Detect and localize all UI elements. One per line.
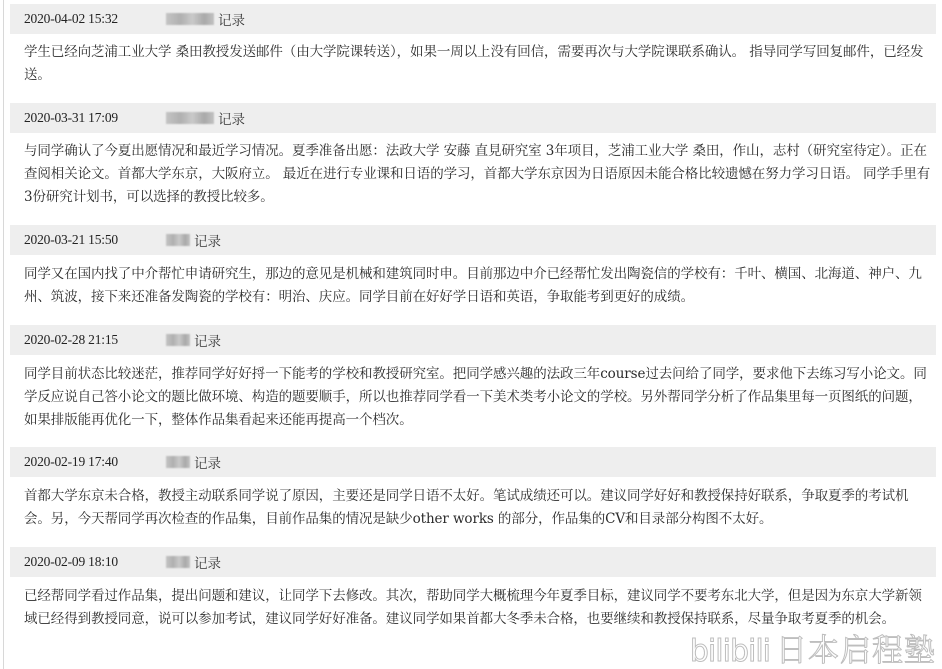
record-body: 已经帮同学看过作品集，提出问题和建议，让同学下去修改。其次，帮助同学大概梳理今年… [24, 585, 932, 631]
record-label: 记录 [194, 330, 221, 350]
author-name-redacted [166, 13, 214, 25]
record-header: 2020-03-31 17:09 记录 [10, 103, 936, 133]
record-label: 记录 [218, 9, 245, 29]
record-body: 同学目前状态比较迷茫，推荐同学好好捋一下能考的学校和教授研究室。把同学感兴趣的法… [24, 363, 932, 432]
bilibili-logo-icon: bilibili [690, 637, 770, 667]
record-header: 2020-04-02 15:32 记录 [10, 4, 936, 34]
author-name-redacted [166, 234, 190, 246]
record-header: 2020-02-28 21:15 记录 [10, 325, 936, 355]
watermark-text: 日本启程塾 [776, 635, 936, 667]
record-body: 与同学确认了今夏出愿情况和最近学习情况。夏季准备出愿：法政大学 安藤 直見研究室… [24, 140, 932, 209]
record-label: 记录 [218, 108, 245, 128]
record-body: 学生已经向芝浦工业大学 桑田教授发送邮件（由大学院课转送），如果一周以上没有回信… [24, 41, 932, 87]
author-name-redacted [166, 556, 190, 568]
watermark: bilibili 日本启程塾 [690, 635, 936, 667]
author-name-redacted [166, 334, 190, 346]
record-label: 记录 [194, 230, 221, 250]
author-name-redacted [166, 112, 214, 124]
record-datetime: 2020-02-09 18:10 [24, 554, 166, 570]
record-header: 2020-02-09 18:10 记录 [10, 547, 936, 577]
record-datetime: 2020-03-21 15:50 [24, 232, 166, 248]
record-body: 首都大学东京未合格，教授主动联系同学说了原因，主要还是同学日语不太好。笔试成绩还… [24, 485, 932, 531]
record-datetime: 2020-02-19 17:40 [24, 454, 166, 470]
record-list: 2020-04-02 15:32 记录 学生已经向芝浦工业大学 桑田教授发送邮件… [3, 0, 940, 669]
record-datetime: 2020-04-02 15:32 [24, 11, 166, 27]
record-datetime: 2020-02-28 21:15 [24, 332, 166, 348]
record-datetime: 2020-03-31 17:09 [24, 110, 166, 126]
record-label: 记录 [194, 452, 221, 472]
record-header: 2020-03-21 15:50 记录 [10, 225, 936, 255]
record-label: 记录 [194, 552, 221, 572]
record-header: 2020-02-19 17:40 记录 [10, 447, 936, 477]
record-body: 同学又在国内找了中介帮忙申请研究生，那边的意见是机械和建筑同时申。目前那边中介已… [24, 263, 932, 309]
author-name-redacted [166, 456, 190, 468]
